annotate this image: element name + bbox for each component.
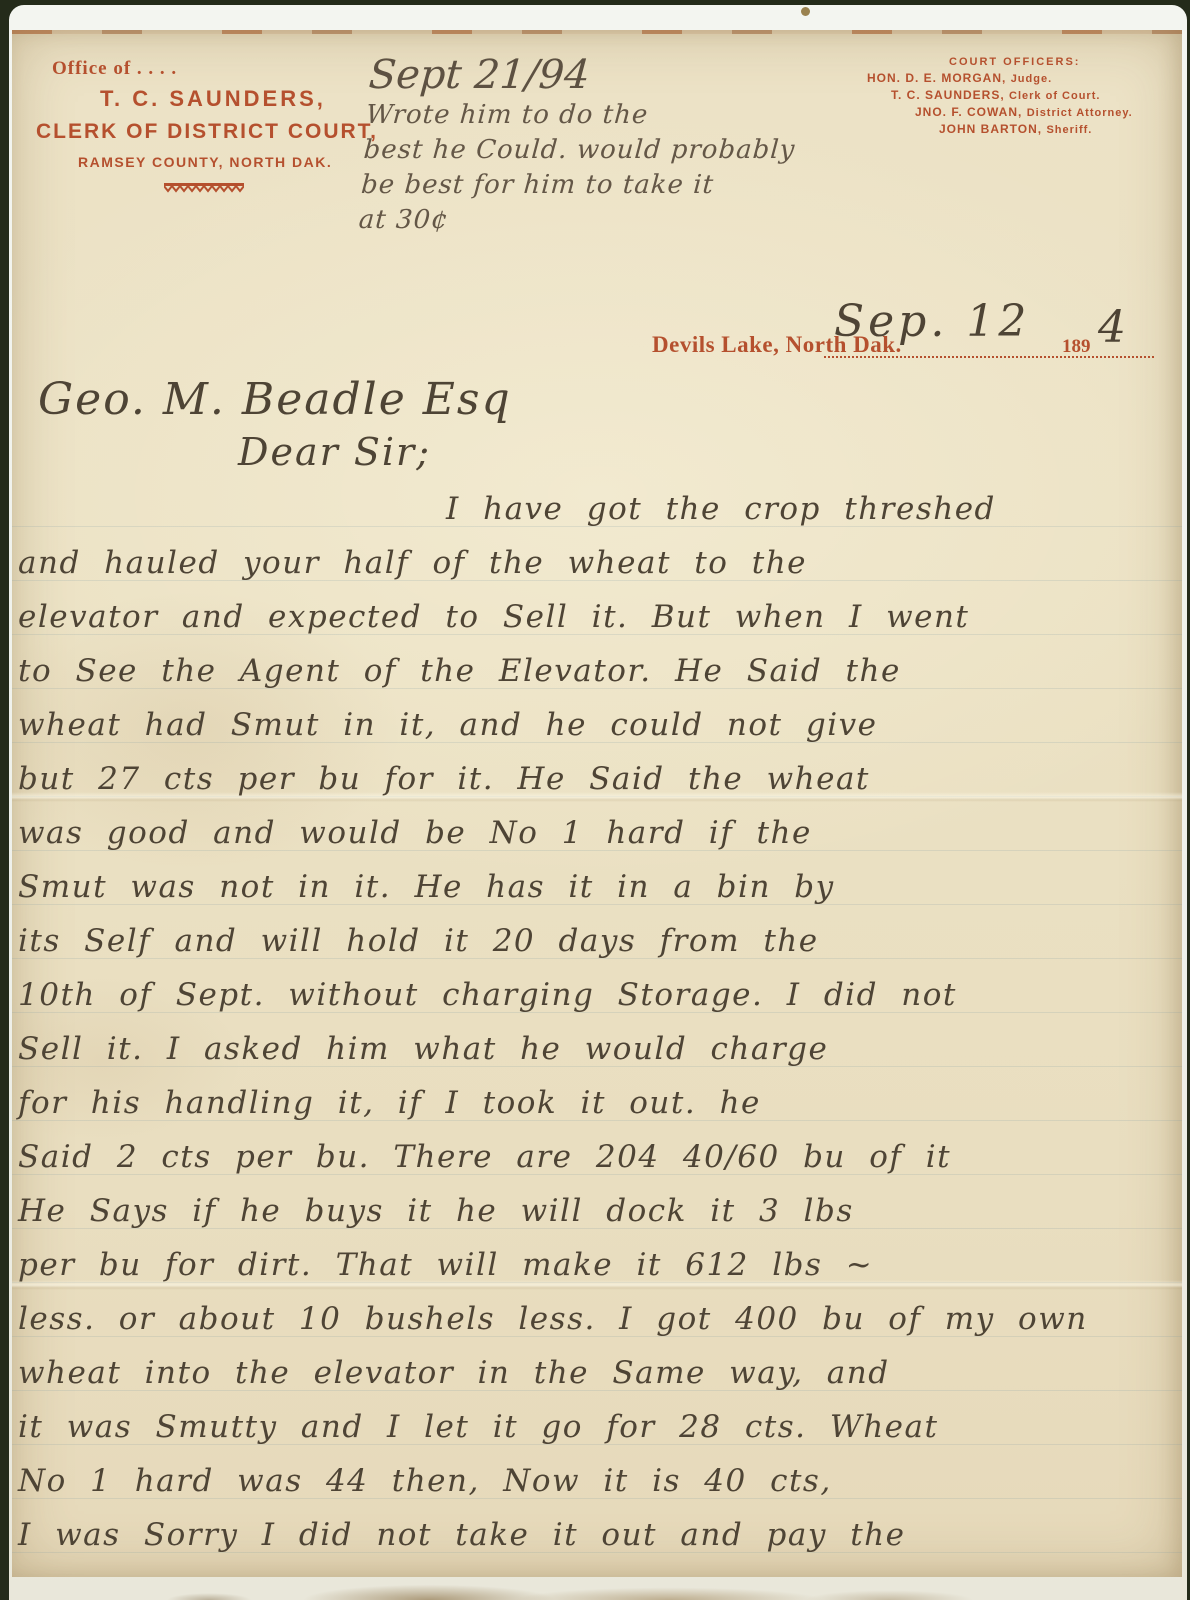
clerk-name: T. C. SAUNDERS, [100,86,326,112]
dateline-year-printed: 189 [1062,336,1091,358]
officer-title: Clerk of Court. [1009,90,1100,102]
letter-line: for his handling it, if I took it out. h… [18,1076,1178,1130]
letter-line: less. or about 10 bushels less. I got 40… [18,1292,1178,1346]
officer-name: JOHN BARTON, [939,122,1042,136]
clerk-title: CLERK OF DISTRICT COURT, [36,120,378,144]
letter-line: He Says if he buys it he will dock it 3 … [18,1184,1178,1238]
scanned-letter-photo: Office of . . . . T. C. SAUNDERS, CLERK … [0,0,1190,1600]
officer-name: JNO. F. COWAN, [915,105,1022,119]
letter-line: wheat had Smut in it, and he could not g… [18,698,1178,752]
annotation-date: Sept 21/94 [367,52,890,98]
officer-title: District Attorney. [1027,107,1133,119]
deckle-edge [12,30,1182,34]
letter-line: and hauled your half of the wheat to the [18,536,1178,590]
letter-line: I have got the crop threshed [18,482,1178,536]
letter-line: wheat into the elevator in the Same way,… [18,1346,1178,1400]
annotation-line: be best for him to take it [360,168,882,203]
letter-line: I was Sorry I did not take it out and pa… [18,1508,1178,1562]
letter-line: No 1 hard was 44 then, Now it is 40 cts, [18,1454,1178,1508]
annotation-line: Wrote him to do the [365,98,887,133]
sawtooth-ornament-icon [164,180,244,198]
paper-spot [801,7,810,16]
dateline-handwritten-date: Sep. 12 [834,296,1030,347]
county-line: RAMSEY COUNTY, NORTH DAK. [78,154,332,170]
salutation-greeting: Dear Sir; [238,430,431,474]
officer-title: Sheriff. [1046,124,1092,136]
letter-line: its Self and will hold it 20 days from t… [18,914,1178,968]
letter-line: to See the Agent of the Elevator. He Sai… [18,644,1178,698]
letter-line: per bu for dirt. That will make it 612 l… [18,1238,1178,1292]
annotation-line: at 30¢ [357,203,879,238]
dateline-year-handwritten: 4 [1098,302,1126,353]
letter-line: Said 2 cts per bu. There are 204 40/60 b… [18,1130,1178,1184]
letter-line: 10th of Sept. without charging Storage. … [18,968,1178,1022]
letter-line: Sell it. I asked him what he would charg… [18,1022,1178,1076]
letter-line: was good and would be No 1 hard if the [18,806,1178,860]
officer-title: Judge. [1011,73,1052,85]
court-officers-block: COURT OFFICERS: HON. D. E. MORGAN, Judge… [857,56,1177,136]
addressee-line: Geo. M. Beadle Esq [38,374,512,425]
letter-line: elevator and expected to Sell it. But wh… [18,590,1178,644]
officer-name: T. C. SAUNDERS, [891,88,1005,102]
annotation-line: best he Could. would probably [362,133,884,168]
letter-body: I have got the crop threshed and hauled … [18,482,1178,1562]
letter-line: it was Smutty and I let it go for 28 cts… [18,1400,1178,1454]
office-of-label: Office of . . . . [52,58,177,80]
handwritten-annotation: Sept 21/94 Wrote him to do the best he C… [357,52,890,238]
court-officers-heading: COURT OFFICERS: [857,56,1177,68]
officer-row-judge: HON. D. E. MORGAN, Judge. [857,71,1177,85]
letter-line: but 27 cts per bu for it. He Said the wh… [18,752,1178,806]
officer-row-clerk: T. C. SAUNDERS, Clerk of Court. [857,88,1177,102]
dateline: Devils Lake, North Dak. Sep. 12 189 4 [12,300,1182,370]
officer-row-sheriff: JOHN BARTON, Sheriff. [857,122,1177,136]
officer-row-attorney: JNO. F. COWAN, District Attorney. [857,105,1177,119]
letter-line: Smut was not in it. He has it in a bin b… [18,860,1178,914]
letter-sheet: Office of . . . . T. C. SAUNDERS, CLERK … [12,30,1182,1577]
